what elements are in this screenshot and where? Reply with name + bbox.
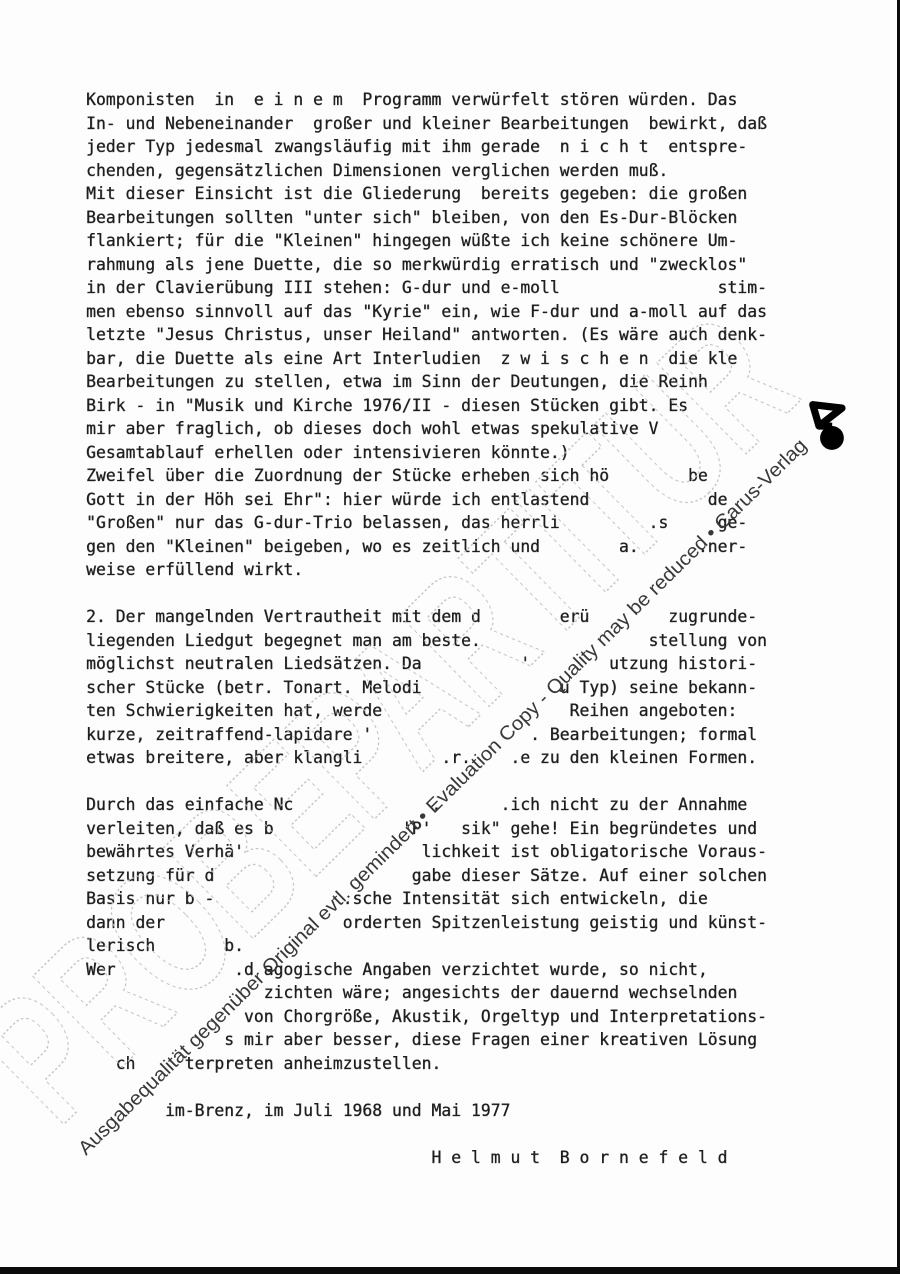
carus-verlag-logo-icon [792,386,868,463]
typed-text: Komponisten in e i n e m Programm verwür… [86,88,767,1169]
scan-edge-bottom [0,1267,900,1274]
scanned-page: Komponisten in e i n e m Programm verwür… [0,0,900,1274]
